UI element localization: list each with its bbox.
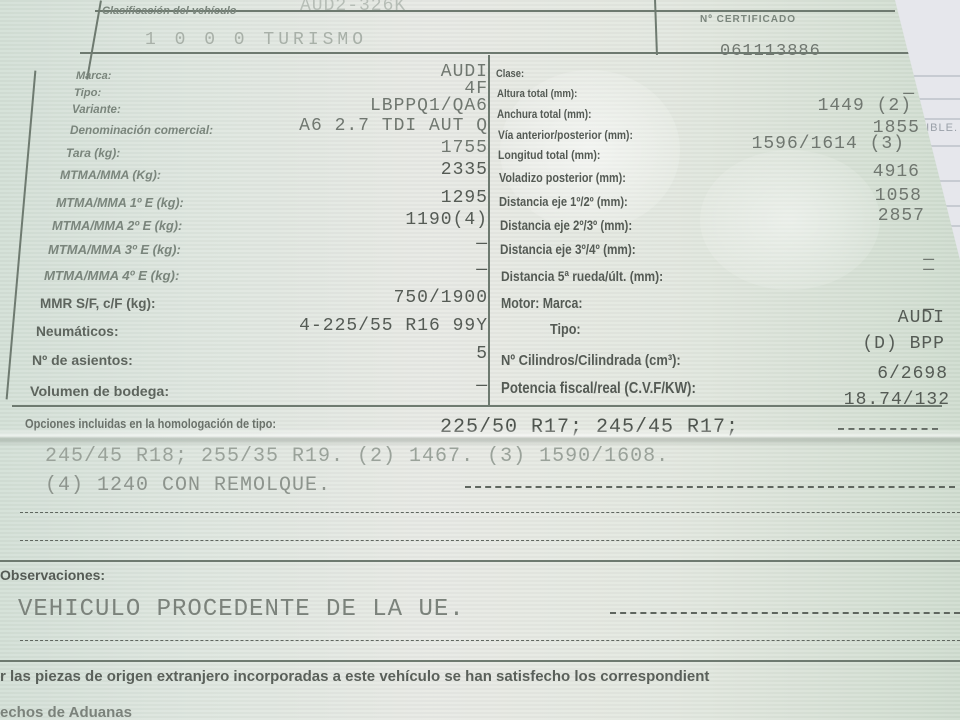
right-field-value: (D) BPP — [862, 334, 945, 354]
right-field-label: Altura total (mm): — [497, 88, 577, 100]
right-field-value: 1058 — [875, 186, 922, 206]
opciones-line3: (4) 1240 CON REMOLQUE. — [45, 474, 331, 497]
left-field-label: MMR S/F, c/F (kg): — [40, 296, 156, 311]
left-field-value: LBPPQ1/QA6 — [370, 96, 488, 116]
certificado-value: 061113886 — [720, 42, 821, 61]
left-field-label: MTMA/MMA (Kg): — [60, 168, 161, 182]
left-field-value: 1190(4) — [405, 210, 488, 230]
right-field-label: Tipo: — [550, 322, 581, 338]
right-field-label: Voladizo posterior (mm): — [499, 170, 626, 185]
clasificacion-value: AUD2-326K — [300, 0, 406, 16]
right-field-value: — — [923, 260, 935, 280]
left-field-value: 750/1900 — [394, 288, 488, 308]
left-field-label: MTMA/MMA 2º E (kg): — [52, 218, 182, 233]
right-field-label: Potencia fiscal/real (C.V.F/KW): — [501, 380, 696, 398]
fold-crease — [0, 428, 960, 446]
left-field-label: Neumáticos: — [36, 324, 119, 339]
left-field-value: 1295 — [441, 188, 488, 208]
right-field-label: Distancia eje 1º/2º (mm): — [499, 194, 628, 209]
right-field-label: Distancia eje 3º/4º (mm): — [500, 242, 636, 257]
right-field-value: 4916 — [873, 162, 920, 182]
right-field-value: 1449 (2) — [818, 96, 912, 116]
left-field-value: — — [476, 234, 488, 254]
vehicle-technical-card: Clasificación del vehículo AUD2-326K 1 0… — [0, 0, 960, 720]
left-field-value: A6 2.7 TDI AUT Q — [299, 116, 488, 136]
left-field-label: MTMA/MMA 1º E (kg): — [56, 196, 184, 210]
right-field-label: Distancia eje 2º/3º (mm): — [500, 218, 632, 233]
left-field-label: MTMA/MMA 4º E (kg): — [44, 268, 179, 283]
left-field-label: Tara (kg): — [66, 146, 120, 160]
right-field-label: Vía anterior/posterior (mm): — [498, 128, 633, 142]
left-field-label: Volumen de bodega: — [30, 384, 169, 400]
right-field-value: 2857 — [878, 206, 925, 226]
left-field-label: Marca: — [76, 70, 111, 82]
left-field-value: 4-225/55 R16 99Y — [299, 316, 488, 336]
left-field-value: 5 — [476, 344, 488, 364]
right-field-value: 1596/1614 (3) — [752, 134, 905, 154]
left-field-label: Denominación comercial: — [70, 124, 213, 137]
right-field-label: Distancia 5ª rueda/últ. (mm): — [501, 268, 663, 284]
opciones-line2: 245/45 R18; 255/35 R19. (2) 1467. (3) 15… — [45, 445, 669, 468]
right-field-value: 6/2698 — [877, 364, 948, 384]
clasificacion-code: 1 0 0 0 TURISMO — [145, 30, 367, 50]
right-field-label: Nº Cilindros/Cilindrada (cm³): — [501, 352, 681, 369]
left-field-label: MTMA/MMA 3º E (kg): — [48, 242, 181, 257]
left-field-label: Tipo: — [74, 87, 101, 99]
right-field-value: AUDI — [898, 308, 945, 328]
left-field-value: — — [476, 376, 488, 396]
observaciones-text: VEHICULO PROCEDENTE DE LA UE. — [18, 596, 465, 623]
right-field-label: Anchura total (mm): — [497, 108, 591, 121]
right-field-value: 18.74/132 — [844, 390, 950, 410]
left-field-label: Variante: — [72, 104, 121, 116]
right-field-label: Clase: — [496, 68, 524, 80]
right-field-label: Longitud total (mm): — [498, 148, 600, 162]
footer-line1: r las piezas de origen extranjero incorp… — [0, 668, 709, 685]
certificado-label: Nº CERTIFICADO — [700, 14, 796, 25]
right-field-label: Motor: Marca: — [501, 296, 582, 312]
left-field-value: 1755 — [441, 138, 488, 158]
left-field-value: 2335 — [441, 160, 488, 180]
clasificacion-label: Clasificación del vehículo — [102, 5, 237, 17]
observaciones-label: Observaciones: — [0, 567, 105, 583]
left-field-label: Nº de asientos: — [32, 352, 133, 368]
footer-line2: echos de Aduanas — [0, 704, 132, 720]
left-field-value: — — [476, 260, 488, 280]
